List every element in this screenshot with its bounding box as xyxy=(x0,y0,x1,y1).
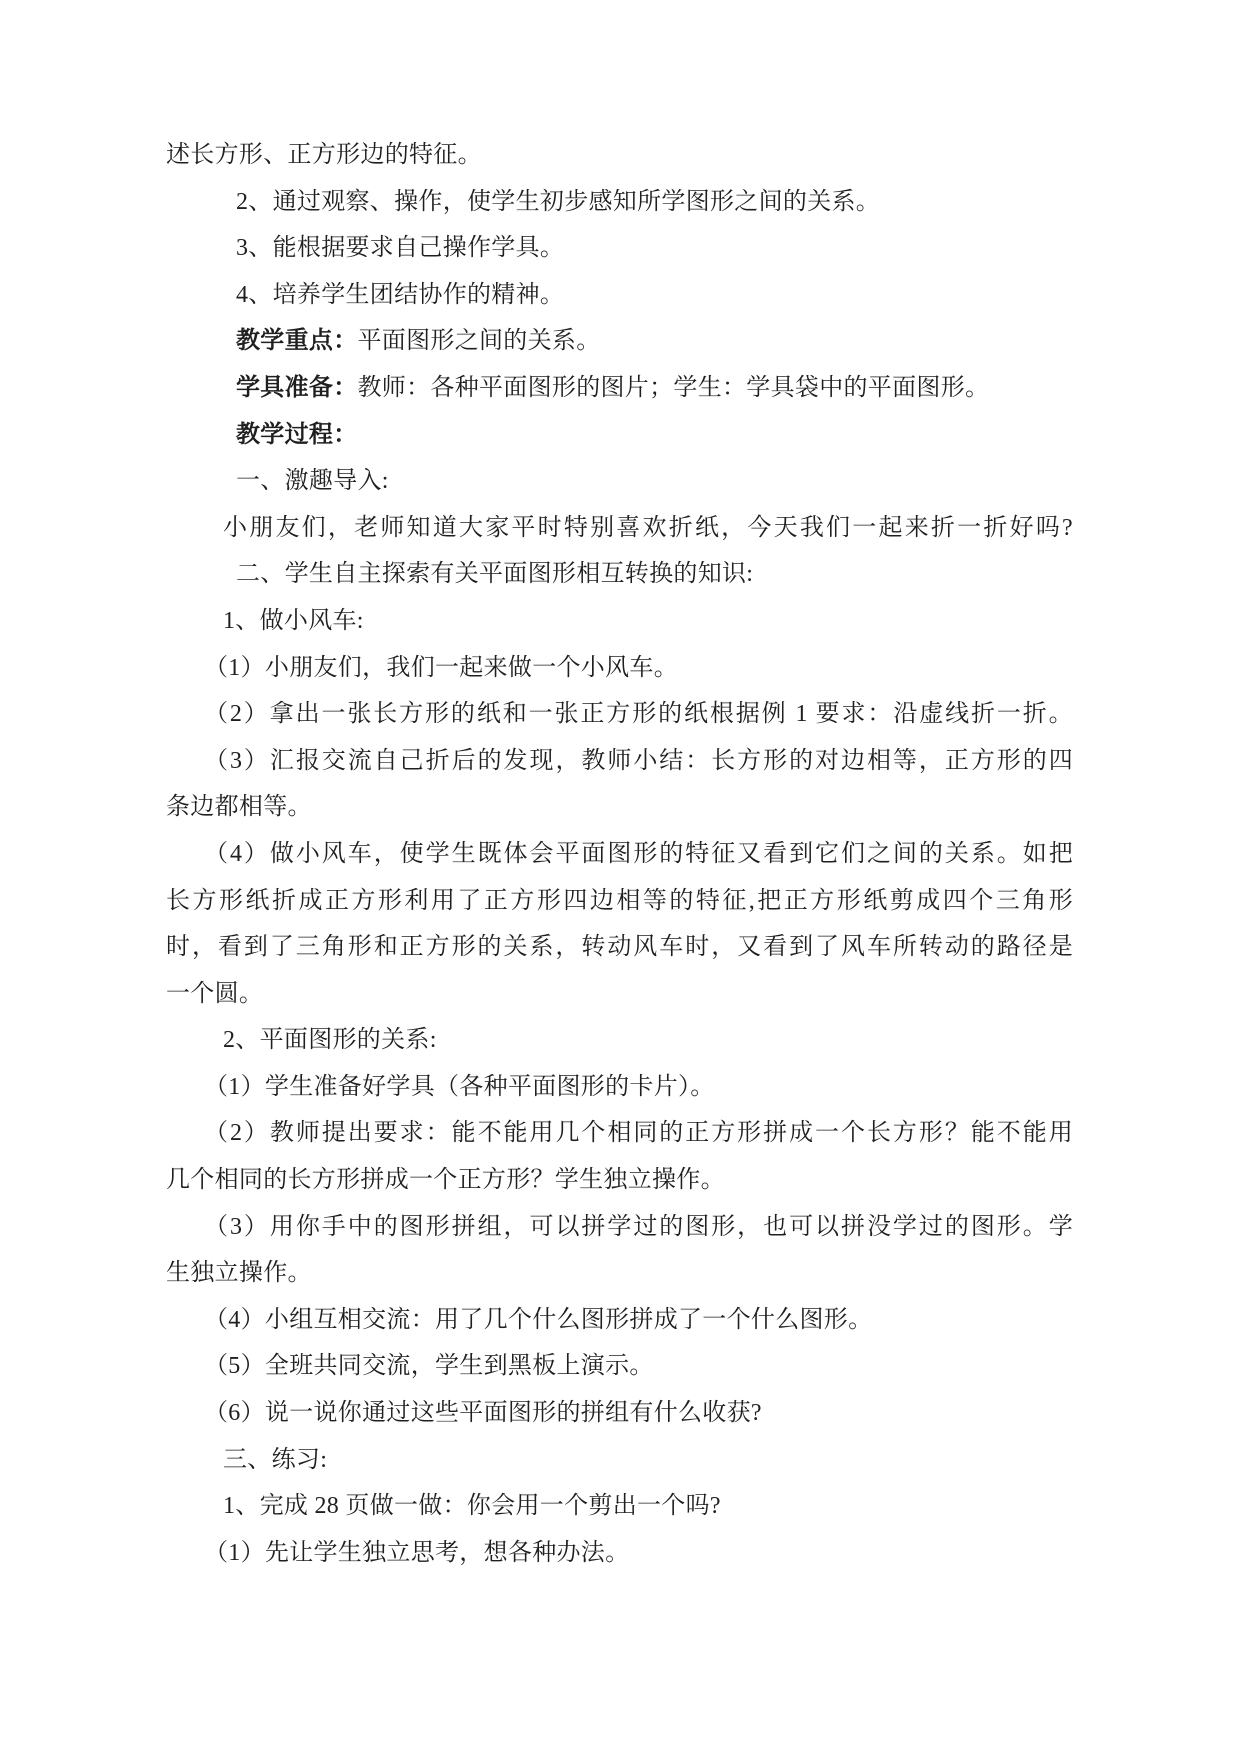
text-run: 3、能根据要求自己操作学具。 xyxy=(236,235,564,261)
text-line: 教学过程： xyxy=(166,412,1073,459)
text-run: （1）学生准备好学具（各种平面图形的卡片）。 xyxy=(204,1074,715,1100)
text-run: （2）教师提出要求：能不能用几个相同的正方形拼成一个长方形？能不能用 xyxy=(204,1120,1073,1146)
text-run: 2、平面图形的关系: xyxy=(223,1027,437,1053)
text-line: 生独立操作。 xyxy=(166,1250,1073,1297)
text-line: （3）汇报交流自己折后的发现，教师小结：长方形的对边相等，正方形的四 xyxy=(166,738,1073,785)
text-run: （5）全班共同交流，学生到黑板上演示。 xyxy=(204,1353,654,1379)
text-run: 时，看到了三角形和正方形的关系，转动风车时，又看到了风车所转动的路径是 xyxy=(166,934,1073,960)
text-run: 教师：各种平面图形的图片；学生：学具袋中的平面图形。 xyxy=(358,375,990,401)
text-line: 1、做小风车: xyxy=(166,598,1073,645)
text-run: 1、做小风车: xyxy=(223,608,364,634)
text-line: 4、培养学生团结协作的精神。 xyxy=(166,272,1073,319)
text-run: 平面图形之间的关系。 xyxy=(358,328,601,354)
text-run: 三、练习: xyxy=(223,1447,327,1473)
text-run: （4）小组互相交流：用了几个什么图形拼成了一个什么图形。 xyxy=(204,1307,872,1333)
text-run: 一个圆。 xyxy=(166,981,263,1007)
text-line: 小朋友们，老师知道大家平时特别喜欢折纸，今天我们一起来折一折好吗? xyxy=(166,505,1073,552)
text-run: （3）用你手中的图形拼组，可以拼学过的图形，也可以拼没学过的图形。学 xyxy=(204,1214,1073,1240)
text-line: 述长方形、正方形边的特征。 xyxy=(166,132,1073,179)
text-run: （2）拿出一张长方形的纸和一张正方形的纸根据例 1 要求：沿虚线折一折。 xyxy=(204,701,1073,727)
text-line: 教学重点：平面图形之间的关系。 xyxy=(166,318,1073,365)
text-line: （2）拿出一张长方形的纸和一张正方形的纸根据例 1 要求：沿虚线折一折。 xyxy=(166,691,1073,738)
document-body: 述长方形、正方形边的特征。2、通过观察、操作，使学生初步感知所学图形之间的关系。… xyxy=(166,132,1073,1576)
document-page: 述长方形、正方形边的特征。2、通过观察、操作，使学生初步感知所学图形之间的关系。… xyxy=(0,0,1241,1754)
text-line: 2、平面图形的关系: xyxy=(166,1017,1073,1064)
text-run: 2、通过观察、操作，使学生初步感知所学图形之间的关系。 xyxy=(236,189,880,215)
text-run: 条边都相等。 xyxy=(166,794,312,820)
text-line: （1）小朋友们，我们一起来做一个小风车。 xyxy=(166,645,1073,692)
text-run: （4）做小风车，使学生既体会平面图形的特征又看到它们之间的关系。如把 xyxy=(204,841,1073,867)
text-line: 时，看到了三角形和正方形的关系，转动风车时，又看到了风车所转动的路径是 xyxy=(166,924,1073,971)
text-run: 几个相同的长方形拼成一个正方形？学生独立操作。 xyxy=(166,1167,725,1193)
text-line: （3）用你手中的图形拼组，可以拼学过的图形，也可以拼没学过的图形。学 xyxy=(166,1204,1073,1251)
text-line: 长方形纸折成正方形利用了正方形四边相等的特征,把正方形纸剪成四个三角形 xyxy=(166,878,1073,925)
section-label: 教学重点： xyxy=(236,328,358,354)
text-line: （4）做小风车，使学生既体会平面图形的特征又看到它们之间的关系。如把 xyxy=(166,831,1073,878)
text-run: 1、完成 28 页做一做：你会用一个剪出一个吗? xyxy=(223,1493,721,1519)
section-label: 学具准备： xyxy=(236,375,358,401)
text-run: （1）先让学生独立思考，想各种办法。 xyxy=(204,1540,629,1566)
text-run: （3）汇报交流自己折后的发现，教师小结：长方形的对边相等，正方形的四 xyxy=(204,748,1073,774)
text-line: 学具准备：教师：各种平面图形的图片；学生：学具袋中的平面图形。 xyxy=(166,365,1073,412)
text-run: 述长方形、正方形边的特征。 xyxy=(166,142,482,168)
text-line: （5）全班共同交流，学生到黑板上演示。 xyxy=(166,1343,1073,1390)
text-line: 1、完成 28 页做一做：你会用一个剪出一个吗? xyxy=(166,1483,1073,1530)
text-run: 生独立操作。 xyxy=(166,1260,312,1286)
text-line: （4）小组互相交流：用了几个什么图形拼成了一个什么图形。 xyxy=(166,1297,1073,1344)
text-line: 一个圆。 xyxy=(166,971,1073,1018)
text-run: 长方形纸折成正方形利用了正方形四边相等的特征,把正方形纸剪成四个三角形 xyxy=(166,888,1073,914)
text-line: （1）学生准备好学具（各种平面图形的卡片）。 xyxy=(166,1064,1073,1111)
text-line: 3、能根据要求自己操作学具。 xyxy=(166,225,1073,272)
text-run: 小朋友们，老师知道大家平时特别喜欢折纸，今天我们一起来折一折好吗? xyxy=(223,515,1073,541)
text-line: （2）教师提出要求：能不能用几个相同的正方形拼成一个长方形？能不能用 xyxy=(166,1110,1073,1157)
section-label: 教学过程： xyxy=(236,422,358,448)
text-line: （1）先让学生独立思考，想各种办法。 xyxy=(166,1530,1073,1577)
text-run: 二、学生自主探索有关平面图形相互转换的知识: xyxy=(236,561,753,587)
text-line: 条边都相等。 xyxy=(166,784,1073,831)
text-run: （6）说一说你通过这些平面图形的拼组有什么收获? xyxy=(204,1400,762,1426)
text-run: 一、激趣导入: xyxy=(236,468,389,494)
text-line: 几个相同的长方形拼成一个正方形？学生独立操作。 xyxy=(166,1157,1073,1204)
text-run: （1）小朋友们，我们一起来做一个小风车。 xyxy=(204,655,678,681)
text-line: 二、学生自主探索有关平面图形相互转换的知识: xyxy=(166,551,1073,598)
text-line: 三、练习: xyxy=(166,1437,1073,1484)
text-line: 2、通过观察、操作，使学生初步感知所学图形之间的关系。 xyxy=(166,179,1073,226)
text-run: 4、培养学生团结协作的精神。 xyxy=(236,282,564,308)
text-line: 一、激趣导入: xyxy=(166,458,1073,505)
text-line: （6）说一说你通过这些平面图形的拼组有什么收获? xyxy=(166,1390,1073,1437)
